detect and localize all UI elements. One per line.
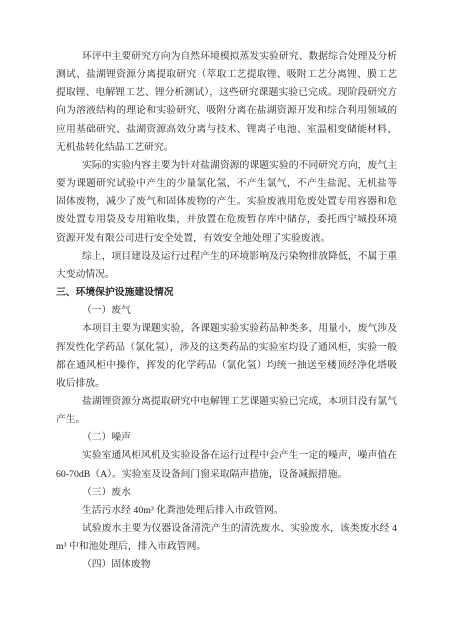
paragraph-domestic-sewage: 生活污水经 40m³ 化粪池处理后排入市政管网。	[56, 502, 397, 520]
document-text-block: 环评中主要研究方向为自然环境模拟蒸发实验研究、数据综合处理及分析测试、盐湖锂资源…	[56, 48, 397, 575]
paragraph-actual-experiment-content: 实际的实验内容主要为针对盐湖资源的课题实验的不同研究方向，废气主要为课题研究试验…	[56, 157, 397, 248]
paragraph-noise-measures: 实验室通风柜风机及实验设备在运行过程中会产生一定的噪声，噪声值在60-70dB（…	[56, 447, 397, 483]
subheading-noise: （二）噪声	[56, 429, 397, 447]
subheading-solid-waste: （四）固体废物	[56, 556, 397, 574]
subheading-waste-gas: （一）废气	[56, 302, 397, 320]
paragraph-waste-gas-measures: 本项目主要为课题实验，各课题实验实验药品种类多，用量小，废气涉及挥发性化学药品（…	[56, 320, 397, 393]
document-page: 环评中主要研究方向为自然环境模拟蒸发实验研究、数据综合处理及分析测试、盐湖锂资源…	[0, 0, 452, 640]
paragraph-no-chlorine-gas: 盐湖锂资源分离提取研究中电解锂工艺课题实验已完成，本项目没有氯气产生。	[56, 393, 397, 429]
section-heading-environmental-protection-facilities: 三、环境保护设施建设情况	[56, 284, 397, 302]
paragraph-conclusion-no-major-change: 综上，项目建设及运行过程产生的环境影响及污染物排放降低，不属于重大变动情况。	[56, 248, 397, 284]
subheading-wastewater: （三）废水	[56, 484, 397, 502]
paragraph-env-review-directions: 环评中主要研究方向为自然环境模拟蒸发实验研究、数据综合处理及分析测试、盐湖锂资源…	[56, 48, 397, 157]
paragraph-experimental-wastewater: 试验废水主要为仪器设备清洗产生的清洗废水、实验废水，该类废水经 4m³ 中和池处…	[56, 520, 397, 556]
